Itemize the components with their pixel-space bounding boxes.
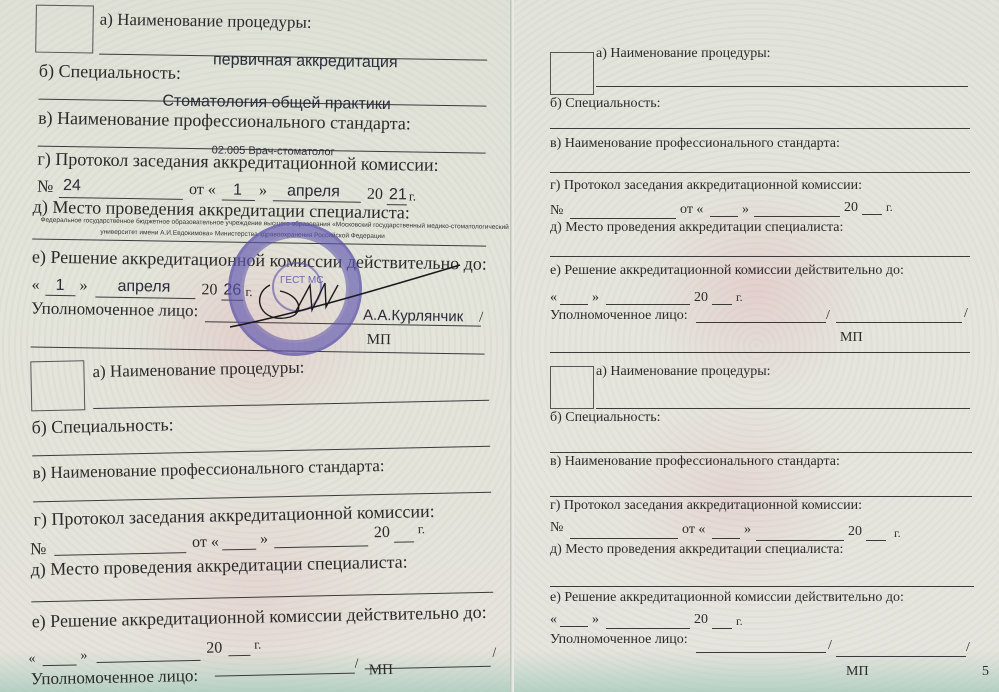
line-authorized-name <box>836 656 966 657</box>
year-prefix: 20 <box>694 612 708 628</box>
label-authorized: Уполномоченное лицо: <box>31 666 199 689</box>
label-valid-until: е) Решение аккредитационной комиссии дей… <box>550 590 904 606</box>
label-authorized: Уполномоченное лицо: <box>550 632 688 648</box>
label-mp: МП <box>846 664 869 680</box>
label-from: от « <box>682 522 705 538</box>
page-number: 5 <box>982 664 989 680</box>
year-suffix: г. <box>254 637 261 653</box>
year-suffix: г. <box>736 614 743 629</box>
checkbox-procedure-4[interactable] <box>550 366 594 409</box>
line-number <box>570 538 678 539</box>
slash: / <box>354 657 358 673</box>
quote-close: » <box>744 522 751 538</box>
label-place: д) Место проведения аккредитации специал… <box>30 552 408 581</box>
label-standard: в) Наименование профессионального станда… <box>550 454 840 470</box>
right-page: а) Наименование процедуры: б) Специально… <box>514 0 999 692</box>
label-number: № <box>550 520 563 536</box>
line-valid-month <box>97 660 201 663</box>
line-year <box>394 541 414 542</box>
year-prefix: 20 <box>848 524 862 540</box>
line-authorized-sign <box>215 673 355 677</box>
line-standard <box>550 496 972 497</box>
left-page: а) Наименование процедуры: первичная акк… <box>0 0 512 692</box>
quote-close: » <box>592 612 599 628</box>
year-suffix: г. <box>418 521 425 537</box>
checkbox-procedure-2[interactable] <box>30 360 85 411</box>
line-day <box>222 549 256 551</box>
label-procedure: а) Наименование процедуры: <box>596 364 771 380</box>
line-procedure <box>596 408 970 409</box>
quote-open: « <box>550 612 557 628</box>
line-month <box>756 540 844 541</box>
label-standard: в) Наименование профессионального станда… <box>32 456 384 483</box>
quote-open: « <box>28 651 35 667</box>
line-specialty <box>32 446 490 457</box>
label-protocol: г) Протокол заседания аккредитационной к… <box>550 498 862 514</box>
label-number: № <box>30 539 47 559</box>
line-valid-month <box>606 628 690 629</box>
slash: / <box>492 646 496 662</box>
line-valid-year <box>712 628 732 629</box>
line-month <box>274 545 368 548</box>
line-number <box>54 552 186 556</box>
line-valid-year <box>228 655 250 656</box>
quote-close: » <box>80 648 87 664</box>
slash: / <box>828 638 832 654</box>
year-prefix: 20 <box>374 524 390 542</box>
line-authorized-sign <box>696 652 826 653</box>
entry-4: а) Наименование процедуры: б) Специально… <box>514 0 999 692</box>
line-valid-day <box>560 626 588 627</box>
line-procedure <box>93 400 489 409</box>
entry-2: а) Наименование процедуры: б) Специально… <box>0 0 512 692</box>
line-place <box>31 592 493 603</box>
year-prefix: 20 <box>206 639 222 657</box>
label-from: от « <box>192 533 219 552</box>
line-year <box>866 540 886 541</box>
label-place: д) Место проведения аккредитации специал… <box>550 542 843 558</box>
label-procedure: а) Наименование процедуры: <box>92 358 304 382</box>
line-day <box>712 538 740 539</box>
year-suffix: г. <box>894 526 901 541</box>
label-specialty: б) Специальность: <box>550 410 660 426</box>
label-mp: МП <box>369 662 394 680</box>
line-place <box>550 586 974 587</box>
line-specialty <box>550 452 972 453</box>
quote-close: » <box>260 530 268 548</box>
label-specialty: б) Специальность: <box>31 414 173 438</box>
slash: / <box>966 640 970 656</box>
label-valid-until: е) Решение аккредитационной комиссии дей… <box>31 602 486 633</box>
line-valid-day <box>43 664 77 666</box>
